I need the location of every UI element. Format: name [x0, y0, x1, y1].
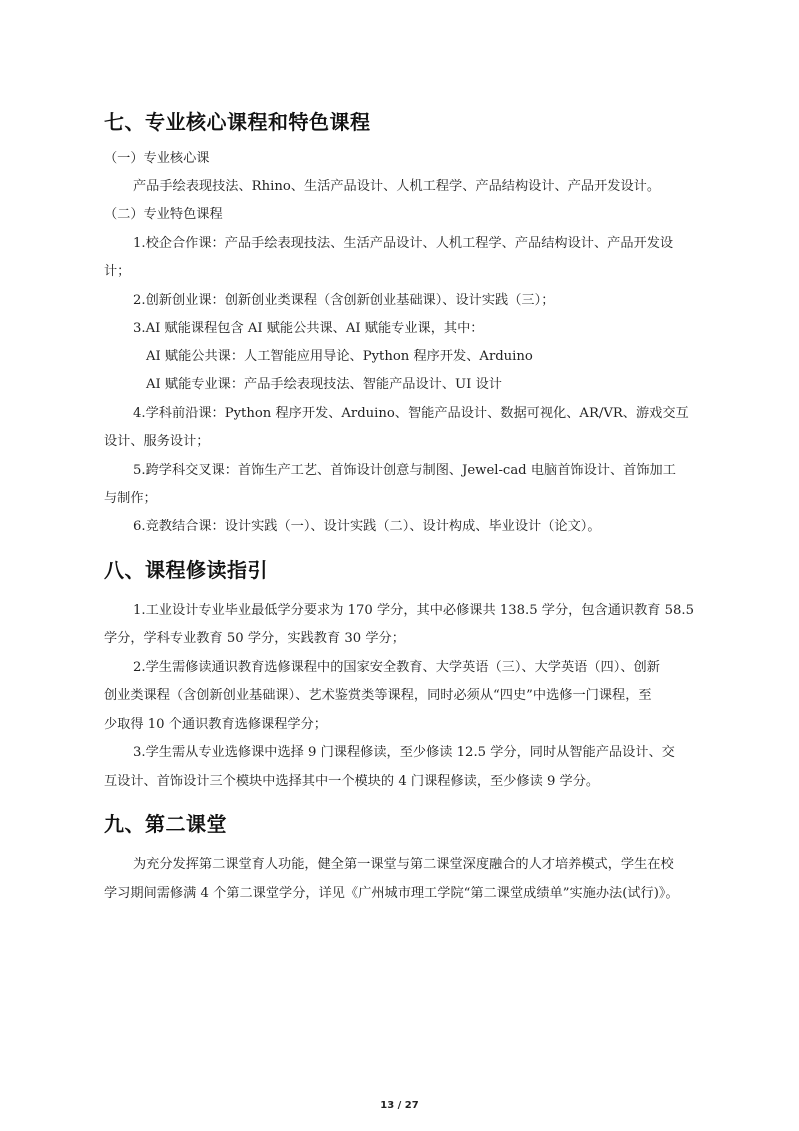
feature-item-3: 3.AI 赋能课程包含 AI 赋能公共课、AI 赋能专业课，其中：: [133, 320, 483, 338]
subsection-feature-heading: （二）专业特色课程: [104, 206, 223, 224]
core-courses-text: 产品手绘表现技法、Rhino、生活产品设计、人机工程学、产品结构设计、产品开发设…: [133, 178, 660, 196]
guide-item-2-line3: 少取得 10 个通识教育选修课程学分；: [104, 716, 327, 734]
guide-item-3-line1: 3.学生需从专业选修课中选择 9 门课程修读，至少修读 12.5 学分，同时从智…: [133, 744, 675, 762]
section-8-title: 八、课程修读指引: [104, 554, 268, 583]
section-9-title: 九、第二课堂: [104, 808, 227, 837]
feature-item-5-line2: 与制作；: [104, 490, 157, 508]
document-page: 七、专业核心课程和特色课程 （一）专业核心课 产品手绘表现技法、Rhino、生活…: [0, 0, 799, 1131]
guide-item-1-line1: 1.工业设计专业毕业最低学分要求为 170 学分，其中必修课共 138.5 学分…: [133, 602, 694, 620]
guide-item-1-line2: 学分，学科专业教育 50 学分，实践教育 30 学分；: [104, 630, 405, 648]
section-7-title: 七、专业核心课程和特色课程: [104, 106, 371, 135]
guide-item-2-line2: 创业类课程（含创新创业基础课）、艺术鉴赏类等课程，同时必须从“四史”中选修一门课…: [104, 687, 652, 705]
guide-item-3-line2: 互设计、首饰设计三个模块中选择其中一个模块的 4 门课程修读，至少修读 9 学分…: [104, 773, 599, 791]
feature-item-4-line2: 设计、服务设计；: [104, 433, 210, 451]
guide-item-2-line1: 2.学生需修读通识教育选修课程中的国家安全教育、大学英语（三）、大学英语（四）、…: [133, 659, 660, 677]
feature-item-4-line1: 4.学科前沿课：Python 程序开发、Arduino、智能产品设计、数据可视化…: [133, 405, 689, 423]
second-classroom-line1: 为充分发挥第二课堂育人功能，健全第一课堂与第二课堂深度融合的人才培养模式，学生在…: [133, 856, 674, 874]
feature-item-6: 6.竞教结合课：设计实践（一）、设计实践（二）、设计构成、毕业设计（论文）。: [133, 518, 601, 536]
feature-item-3-sub-public: AI 赋能公共课：人工智能应用导论、Python 程序开发、Arduino: [146, 348, 533, 366]
page-number: 13 / 27: [0, 1100, 799, 1111]
feature-item-1-line1: 1.校企合作课：产品手绘表现技法、生活产品设计、人机工程学、产品结构设计、产品开…: [133, 235, 673, 253]
feature-item-1-line2: 计；: [104, 263, 130, 281]
feature-item-3-sub-major: AI 赋能专业课：产品手绘表现技法、智能产品设计、UI 设计: [146, 376, 502, 394]
subsection-core-heading: （一）专业核心课: [104, 150, 210, 168]
feature-item-2: 2.创新创业课：创新创业类课程（含创新创业基础课）、设计实践（三）；: [133, 292, 554, 310]
second-classroom-line2: 学习期间需修满 4 个第二课堂学分，详见《广州城市理工学院“第二课堂成绩单”实施…: [104, 885, 679, 903]
feature-item-5-line1: 5.跨学科交叉课：首饰生产工艺、首饰设计创意与制图、Jewel-cad 电脑首饰…: [133, 462, 676, 480]
